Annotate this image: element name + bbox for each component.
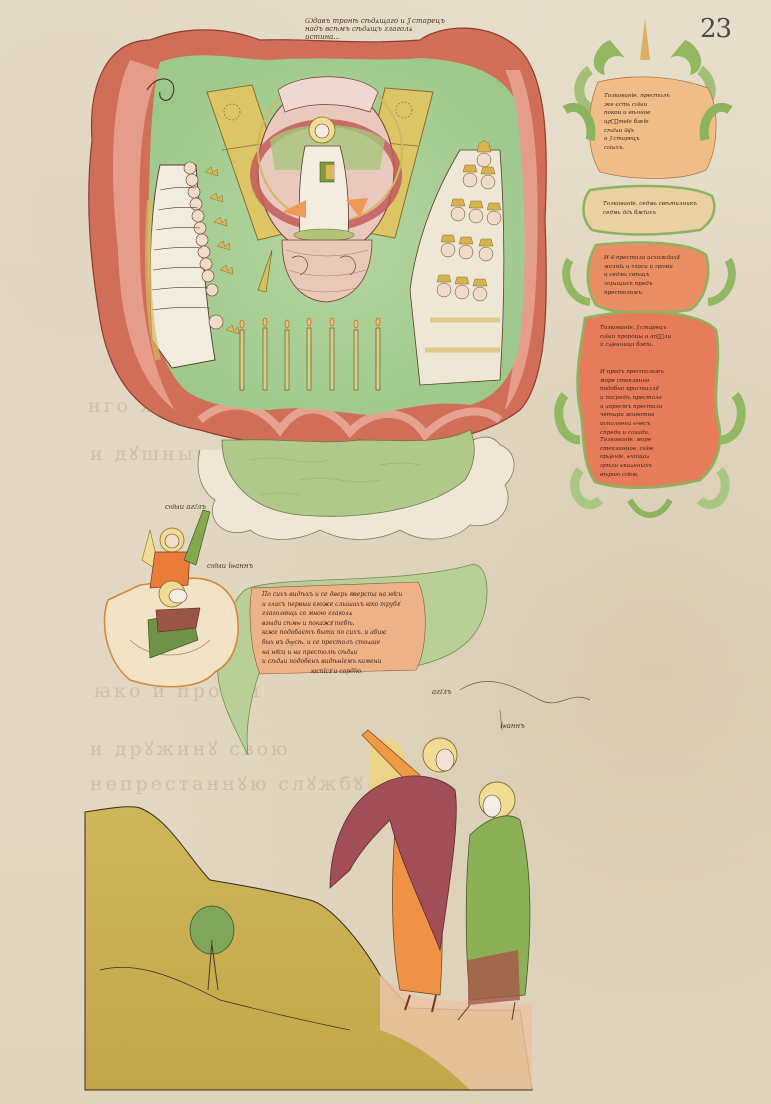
scroll-line: и гласъ первыи єгоже слышахъ ꙗко трубꙋ bbox=[262, 600, 412, 610]
cartouche-line: Толкованїе. престолъ bbox=[604, 92, 704, 101]
cartouche-line: седмь дх҃ъ бжїихъ bbox=[603, 209, 703, 218]
cartouche-line: престоломъ. bbox=[604, 289, 704, 298]
cartouche-line: ст҃ыи пророцы и апⷭ҇ли bbox=[600, 333, 704, 342]
cartouche-line: море стекланно bbox=[600, 377, 704, 386]
cartouche-line: и седмь свѣщъ bbox=[604, 271, 704, 280]
scroll-text-block: По сихъ видѣхъ и се дверь ѿверста на нб҃… bbox=[262, 590, 412, 676]
cartouche-line: Толкованїе. море bbox=[600, 436, 704, 445]
cartouche-2-text: Толкованїе. седмь свѣтилникъ седмь дх҃ъ … bbox=[603, 200, 703, 217]
angel-label-lower: агг҃лъ bbox=[432, 688, 452, 696]
angel-label: ст҃ыи агг҃лъ bbox=[165, 503, 206, 511]
cartouche-3-text: И ѿ престола исхождахꙋ молнїѧ и гласи и … bbox=[604, 254, 704, 297]
cartouche-1-text: Толкованїе. престолъ же єсть ст҃ыи покои… bbox=[604, 92, 704, 153]
cartouche-line: молнїѧ и гласи и громи bbox=[604, 263, 704, 272]
cartouche-line: же єсть ст҃ыи bbox=[604, 101, 704, 110]
cartouche-line: И предъ престоломъ bbox=[600, 368, 704, 377]
cartouche-line: подобно кристаллꙋ bbox=[600, 385, 704, 394]
cartouche-line: Толкованїе. седмь свѣтилникъ bbox=[603, 200, 703, 209]
cartouche-line: И ѿ престола исхождахꙋ bbox=[604, 254, 704, 263]
angel-john-cloud bbox=[104, 510, 238, 687]
cartouche-line: црⷭ҇твїе бжїе bbox=[604, 118, 704, 127]
cartouche-line: сѣдѧи ѿц҃ъ bbox=[604, 127, 704, 136]
cartouche-4-text: Толкованїе. ѯ҃ старецъ ст҃ыи пророцы и а… bbox=[600, 324, 704, 350]
scroll-line: глаголющь со мною глаголѧ bbox=[262, 609, 412, 619]
heading-line: истина... bbox=[305, 33, 455, 41]
cartouche-line: покои и вѣчное bbox=[604, 109, 704, 118]
cartouche-line: и сщ҃енници бжїи. bbox=[600, 341, 704, 350]
scroll-line: ꙗже подобаєтъ быти по сихъ. и абиѥ bbox=[262, 628, 412, 638]
cartouche-line: стекланное. ст҃ое bbox=[600, 445, 704, 454]
heading-line: Ѡдавъ тронѣ сѣдѧщаго и ѯ҃ старецъ bbox=[305, 17, 455, 25]
john-label: ст҃ыи їѡаннъ bbox=[207, 562, 253, 570]
hill-landscape bbox=[85, 807, 532, 1090]
scroll-line: и сѣдѧи подобенъ видѣнїемъ камени bbox=[262, 657, 412, 667]
heading-line: надъ всѣмъ сѣдѧщъ глаголѧ bbox=[305, 25, 455, 33]
cartouche-line: ст҃ыхъ. bbox=[604, 144, 704, 153]
cartouche-line: горѧщихъ предъ bbox=[604, 280, 704, 289]
cartouche-line: вѣрою ст҃ою. bbox=[600, 471, 704, 480]
cartouche-line: четыри животна bbox=[600, 411, 704, 420]
cartouche-6-text: Толкованїе. море стекланное. ст҃ое крщ҃е… bbox=[600, 436, 704, 479]
cartouche-line: исполнена ѡчесъ bbox=[600, 420, 704, 429]
john-label-lower: їѡаннъ bbox=[500, 722, 525, 730]
scroll-line: бых въ дѹсѣ. и се престолъ стоѧше bbox=[262, 638, 412, 648]
scroll-line: на нб҃си и на престолѣ сѣдѧи bbox=[262, 648, 412, 658]
cartouche-5-text: И предъ престоломъ море стекланно подобн… bbox=[600, 368, 704, 437]
scroll-line: ꙗспїсꙋ и сардїю. bbox=[262, 667, 412, 677]
cartouche-line: и ѯ҃ старецъ bbox=[604, 135, 704, 144]
cartouche-line: крщ҃енїе. ѡчищаѧ bbox=[600, 453, 704, 462]
heading-caption: Ѡдавъ тронѣ сѣдѧщаго и ѯ҃ старецъ надъ в… bbox=[305, 17, 455, 41]
sea-of-glass bbox=[198, 430, 514, 539]
cartouche-line: и ѡкрестъ престола bbox=[600, 403, 704, 412]
scroll-line: По сихъ видѣхъ и се дверь ѿверста на нб҃… bbox=[262, 590, 412, 600]
cartouche-line: Толкованїе. ѯ҃ старецъ bbox=[600, 324, 704, 333]
cartouche-line: и посредѣ престола bbox=[600, 394, 704, 403]
cartouche-line: грѣхи ѡкаѧнныхъ bbox=[600, 462, 704, 471]
scroll-line: взыди сѣмѡ и покажꙋ тебѣ. bbox=[262, 619, 412, 629]
manuscript-page: нго же мало пишꙋщи и дꙋшнымъ вѣдѣнїемъ ꙗ… bbox=[0, 0, 771, 1104]
illumination-artwork bbox=[0, 0, 771, 1104]
